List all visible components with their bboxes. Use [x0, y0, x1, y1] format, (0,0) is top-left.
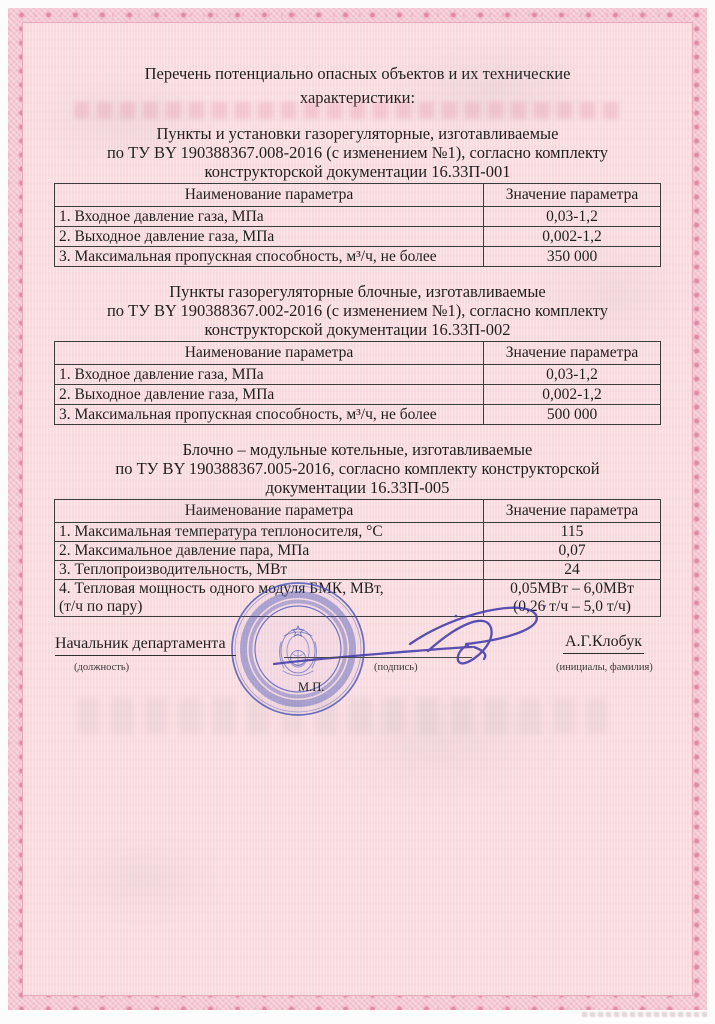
printer-imprint-microtext: [582, 1012, 708, 1017]
parameter-name-cell: 2. Выходное давление газа, МПа: [55, 385, 484, 405]
parameter-name-cell: 2. Выходное давление газа, МПа: [55, 227, 484, 247]
certificate-content: Перечень потенциально опасных объектов и…: [22, 22, 693, 996]
table-header-row: Наименование параметра Значение параметр…: [55, 342, 661, 365]
page-title-line: Перечень потенциально опасных объектов и…: [22, 62, 693, 86]
parameter-name-cell: 1. Входное давление газа, МПа: [55, 365, 484, 385]
column-header-parameter-name: Наименование параметра: [55, 342, 484, 365]
signature-caption: (подпись): [374, 662, 418, 673]
stamp-place-caption: М.П.: [298, 680, 324, 695]
parameter-name-cell: 3. Максимальная пропускная способность, …: [55, 405, 484, 425]
table-row: 1. Максимальная температура теплоносител…: [55, 523, 661, 542]
section-heading-modular-boiler-houses: Блочно – модульные котельные, изготавлив…: [22, 440, 693, 497]
parameter-value-cell: 115: [484, 523, 661, 542]
table-header-row: Наименование параметра Значение параметр…: [55, 500, 661, 523]
table-row: 2. Максимальное давление пара, МПа 0,07: [55, 542, 661, 561]
section-heading-line: конструкторской документации 16.33П-002: [22, 320, 693, 339]
section-heading-line: по ТУ BY 190388367.005-2016, согласно ко…: [22, 459, 693, 478]
parameter-value-cell: 24: [484, 561, 661, 580]
table-row: 3. Максимальная пропускная способность, …: [55, 247, 661, 267]
signatory-name: А.Г.Клобук: [563, 633, 644, 654]
section-heading-line: Блочно – модульные котельные, изготавлив…: [22, 440, 693, 459]
position-caption: (должность): [74, 662, 129, 673]
section-heading-gas-regulating-units: Пункты и установки газорегуляторные, изг…: [22, 124, 693, 181]
table-row: 3. Теплопроизводительность, МВт 24: [55, 561, 661, 580]
table-header-row: Наименование параметра Значение параметр…: [55, 184, 661, 207]
section-heading-line: Пункты и установки газорегуляторные, изг…: [22, 124, 693, 143]
page-title: Перечень потенциально опасных объектов и…: [22, 62, 693, 110]
page-title-line: характеристики:: [22, 86, 693, 110]
parameters-table-2: Наименование параметра Значение параметр…: [54, 341, 661, 425]
table-row: 3. Максимальная пропускная способность, …: [55, 405, 661, 425]
parameters-table-1: Наименование параметра Значение параметр…: [54, 183, 661, 267]
column-header-parameter-value: Значение параметра: [484, 500, 661, 523]
column-header-parameter-name: Наименование параметра: [55, 184, 484, 207]
scanned-certificate-page: Перечень потенциально опасных объектов и…: [0, 0, 715, 1024]
parameter-value-cell: 0,03-1,2: [484, 207, 661, 227]
parameter-name-cell: 1. Входное давление газа, МПа: [55, 207, 484, 227]
parameter-value-cell: 500 000: [484, 405, 661, 425]
parameter-name-cell: 3. Максимальная пропускная способность, …: [55, 247, 484, 267]
section-heading-line: по ТУ BY 190388367.002-2016 (с изменение…: [22, 301, 693, 320]
section-heading-line: документации 16.33П-005: [22, 478, 693, 497]
table-row: 2. Выходное давление газа, МПа 0,002-1,2: [55, 385, 661, 405]
signatory-position-label: Начальник департамента: [55, 635, 236, 656]
section-heading-line: по ТУ BY 190388367.008-2016 (с изменение…: [22, 143, 693, 162]
parameter-value-cell: 0,002-1,2: [484, 385, 661, 405]
parameter-value-cell: 0,002-1,2: [484, 227, 661, 247]
table-row: 1. Входное давление газа, МПа 0,03-1,2: [55, 207, 661, 227]
column-header-parameter-value: Значение параметра: [484, 342, 661, 365]
parameter-name-cell: 1. Максимальная температура теплоносител…: [55, 523, 484, 542]
table-row: 2. Выходное давление газа, МПа 0,002-1,2: [55, 227, 661, 247]
section-heading-block-gas-regulating-points: Пункты газорегуляторные блочные, изготав…: [22, 282, 693, 339]
column-header-parameter-value: Значение параметра: [484, 184, 661, 207]
parameter-name-cell: 3. Теплопроизводительность, МВт: [55, 561, 484, 580]
parameter-value-cell: 0,03-1,2: [484, 365, 661, 385]
section-heading-line: Пункты газорегуляторные блочные, изготав…: [22, 282, 693, 301]
section-heading-line: конструкторской документации 16.33П-001: [22, 162, 693, 181]
parameter-name-cell: 2. Максимальное давление пара, МПа: [55, 542, 484, 561]
table-row: 1. Входное давление газа, МПа 0,03-1,2: [55, 365, 661, 385]
parameter-value-cell: 350 000: [484, 247, 661, 267]
parameter-value-cell: 0,07: [484, 542, 661, 561]
signature-line: [284, 639, 472, 658]
name-caption: (инициалы, фамилия): [556, 662, 653, 673]
column-header-parameter-name: Наименование параметра: [55, 500, 484, 523]
